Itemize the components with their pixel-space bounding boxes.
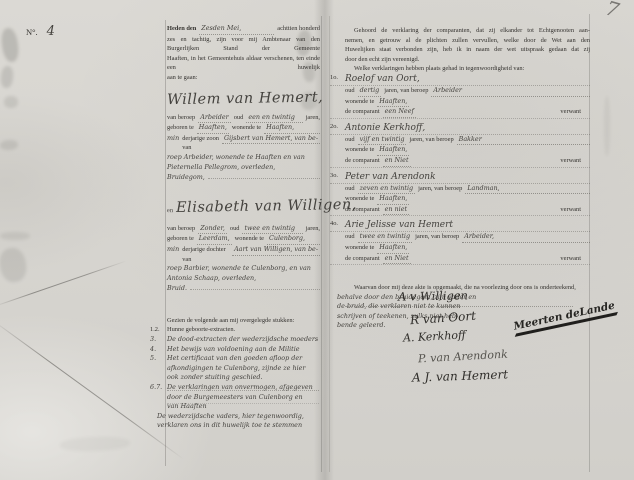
left-page: Heden den Zesden Mei, achttien honderd z… bbox=[150, 24, 320, 431]
witness-ordinal: 1o. bbox=[330, 74, 338, 81]
witness-relation-line: de comparant en niet verwant bbox=[330, 205, 590, 217]
opening-line-4: aan te gaan: bbox=[150, 73, 320, 83]
printed-label: verwant bbox=[560, 156, 590, 166]
handwritten-fill: twee en twintig bbox=[358, 232, 412, 243]
witness-residence-line: wonende te Haaften, bbox=[330, 194, 590, 205]
printed-label: jaren, van beroep bbox=[384, 86, 428, 96]
witness-residence-line: wonende te Haaften, bbox=[330, 97, 590, 108]
witness-ordinal: 3o. bbox=[330, 172, 338, 179]
act-number-value: 4 bbox=[47, 24, 55, 39]
handwritten-fill: een en twintig bbox=[246, 113, 302, 124]
document-item-5: 6.7. De verklaringen van onvermogen, afg… bbox=[150, 383, 320, 393]
witnesses-intro: Welke verklaringen hebben plaats gehad i… bbox=[330, 64, 590, 74]
bride-occupation-line: van beroep Zonder, oud twee en twintig j… bbox=[150, 224, 320, 235]
groom-parents-line-3: Pieternella Pellegrom, overleden, bbox=[150, 163, 320, 173]
marriage-act-scan: 7 N°.4 Heden den Zesden Mei, achttien ho… bbox=[0, 0, 634, 480]
consent-line-1: De wederzijdsche vaders, hier tegenwoord… bbox=[150, 412, 320, 422]
bleedthrough-smudge bbox=[0, 232, 30, 240]
document-item-4-cont: afkondigingen te Culenborg, zijnde ze hi… bbox=[150, 364, 320, 374]
document-item-4-cont: ook zonder stuiting geschied. bbox=[150, 373, 320, 383]
witness-name: Roelof van Oort, bbox=[330, 74, 590, 86]
bride-birth-line: geboren te Leerdam, wonende te Culenborg… bbox=[150, 234, 320, 245]
item-text: De dood-extracten der wederzijdsche moed… bbox=[167, 335, 318, 343]
witness-block-2: 2o. Antonie Kerkhoff, oud vijf en twinti… bbox=[330, 123, 590, 168]
right-page: Gehoord de verklaring der comparanten, d… bbox=[330, 26, 590, 331]
item-number: 5. bbox=[150, 354, 156, 364]
declaration-line-3: Huwelijken staat verbonden zijn, heb ik … bbox=[330, 45, 590, 55]
printed-label: de comparant bbox=[345, 254, 380, 264]
spacer bbox=[150, 294, 320, 316]
handwritten-date: Zesden Mei, bbox=[199, 24, 274, 35]
handwritten-fill: en Niet bbox=[383, 254, 411, 265]
handwritten-fill: twee en twintig bbox=[242, 224, 302, 235]
handwritten-fill: en Niet bbox=[383, 156, 411, 167]
bleedthrough-smudge bbox=[0, 27, 20, 63]
witness-age-line: oud vijf en twintig jaren, van beroep Ba… bbox=[330, 135, 590, 146]
handwritten-fill: Arbeider bbox=[198, 113, 231, 124]
item-number: 6.7. bbox=[150, 383, 162, 393]
printed-label: jaren, bbox=[306, 224, 320, 234]
consent-line-2: verklaren ons in dit huwelijk toe te ste… bbox=[150, 421, 320, 431]
printed-label: wonende te bbox=[345, 145, 374, 155]
printed-label: wonende te bbox=[345, 97, 374, 107]
printed-label: wonende te bbox=[345, 243, 374, 253]
bride-parents-line-1: min derjarige dochter van Aart van Willi… bbox=[150, 245, 320, 264]
printed-label: de comparant bbox=[345, 107, 380, 117]
printed-label: wonende te bbox=[235, 234, 264, 244]
dotted-rule bbox=[190, 283, 320, 290]
handwritten-fill: zeven en twintig bbox=[358, 184, 416, 195]
blank-form-rule bbox=[167, 390, 319, 391]
printed-label: de comparant bbox=[345, 205, 380, 215]
printed-label: achttien honderd bbox=[277, 24, 320, 34]
witness-ordinal: 4o. bbox=[330, 220, 338, 227]
witness-residence-line: wonende te Haaften, bbox=[330, 145, 590, 156]
handwritten-fill: Haaften, bbox=[377, 145, 409, 156]
declaration-line-2: nemen, en getrouw al de plichten zullen … bbox=[330, 36, 590, 46]
printed-label: oud bbox=[345, 184, 355, 194]
item-number: 1.2. bbox=[150, 325, 160, 335]
dotted-rule bbox=[208, 172, 320, 179]
handwritten-fill: min bbox=[167, 245, 179, 255]
edge-streak bbox=[604, 96, 610, 156]
handwritten-fill: Arbeider bbox=[431, 86, 590, 97]
item-text: Het bewijs van voldoening aan de Militie bbox=[167, 345, 300, 353]
document-item-4: 5. Het certificaat van den goeden afloop… bbox=[150, 354, 320, 364]
bride-role-line: Bruid. bbox=[150, 283, 320, 294]
printed-label: jaren, bbox=[306, 113, 320, 123]
groom-name: Willem van Hemert, bbox=[150, 88, 320, 109]
printed-label: de comparant bbox=[345, 156, 380, 166]
handwritten-fill: Haaften, bbox=[197, 123, 229, 134]
handwritten-fill: Haaften, bbox=[377, 97, 409, 108]
handwritten-fill: Haaften, bbox=[377, 243, 409, 254]
handwritten-fill: Aart van Willigen, van be- bbox=[232, 245, 320, 256]
bleedthrough-smudge bbox=[0, 246, 29, 284]
handwritten-fill: min bbox=[167, 134, 179, 144]
handwritten-fill: Culenborg, bbox=[267, 234, 320, 245]
handwritten-role: Bruid. bbox=[167, 284, 187, 294]
witness-age-line: oud dertig jaren, van beroep Arbeider bbox=[330, 86, 590, 97]
printed-label: van beroep bbox=[167, 113, 195, 123]
handwritten-fill: Arbeider, bbox=[462, 232, 590, 243]
handwritten-fill: Haaften, bbox=[377, 194, 409, 205]
act-number: N°.4 bbox=[26, 22, 55, 40]
witness-age-line: oud zeven en twintig jaren, van beroep L… bbox=[330, 184, 590, 195]
printed-label: derjarige dochter van bbox=[182, 245, 229, 264]
witness-residence-line: wonende te Haaften, bbox=[330, 243, 590, 254]
printed-label: oud bbox=[234, 113, 244, 123]
document-item-5-cont: door de Burgemeesters van Culenborg en bbox=[150, 393, 320, 403]
handwritten-fill: Landman, bbox=[465, 184, 590, 195]
documents-intro: Gezien de volgende aan mij overgelegde s… bbox=[150, 316, 320, 326]
act-number-label: N°. bbox=[26, 27, 38, 37]
witness-name: Arie Jelisse van Hemert bbox=[330, 220, 590, 232]
printed-label: verwant bbox=[560, 254, 590, 264]
witness-relation-line: de comparant en Niet verwant bbox=[330, 156, 590, 168]
printed-label: geboren te bbox=[167, 123, 194, 133]
document-item-3: 4. Het bewijs van voldoening aan de Mili… bbox=[150, 345, 320, 355]
item-text: Het certificaat van den goeden afloop de… bbox=[167, 354, 302, 362]
left-page-edge-rule bbox=[321, 16, 322, 472]
printed-label: verwant bbox=[560, 205, 590, 215]
bleedthrough-smudge bbox=[4, 96, 18, 108]
printed-label: jaren, van beroep bbox=[418, 184, 462, 194]
printed-label: jaren, van beroep bbox=[415, 232, 459, 242]
groom-parents-line-1: min derjarige zoon van Gijsbert van Heme… bbox=[150, 134, 320, 153]
witness-age-line: oud twee en twintig jaren, van beroep Ar… bbox=[330, 232, 590, 243]
document-item-1: 1.2. Hunne geboorte-extracten. bbox=[150, 325, 320, 335]
bleedthrough-smudge bbox=[0, 139, 18, 150]
witness-relation-line: de comparant een Neef verwant bbox=[330, 107, 590, 119]
witness-block-4: 4o. Arie Jelisse van Hemert oud twee en … bbox=[330, 220, 590, 265]
handwritten-fill: en niet bbox=[383, 205, 409, 216]
witness-ordinal: 2o. bbox=[330, 123, 338, 130]
printed-label: en bbox=[167, 207, 173, 214]
printed-label: derjarige zoon van bbox=[182, 134, 219, 153]
printed-label: oud bbox=[230, 224, 240, 234]
handwritten-fill: vijf en twintig bbox=[358, 135, 407, 146]
printed-label: verwant bbox=[560, 107, 590, 117]
printed-label: Heden den bbox=[167, 24, 196, 34]
printed-label: wonende te bbox=[345, 194, 374, 204]
printed-label: oud bbox=[345, 86, 355, 96]
signature-witness-4: A J. van Hemert bbox=[412, 367, 509, 384]
bottom-smudge bbox=[60, 436, 130, 452]
handwritten-fill: Zonder, bbox=[198, 224, 227, 235]
printed-label: geboren te bbox=[167, 234, 194, 244]
groom-occupation-line: van beroep Arbeider oud een en twintig j… bbox=[150, 113, 320, 124]
bleedthrough-smudge bbox=[0, 66, 14, 89]
pencil-page-mark: 7 bbox=[603, 0, 622, 22]
declaration-line-4: door den echt zijn vereenigd. bbox=[330, 55, 590, 65]
item-text: Hunne geboorte-extracten. bbox=[167, 326, 235, 333]
opening-line-2: zes en tachtig, zijn voor mij Ambtenaar … bbox=[150, 35, 320, 54]
witness-name: Antonie Kerkhoff, bbox=[330, 123, 590, 135]
witness-name: Peter van Arendonk bbox=[330, 172, 590, 184]
opening-line-1: Heden den Zesden Mei, achttien honderd bbox=[150, 24, 320, 35]
witness-block-1: 1o. Roelof van Oort, oud dertig jaren, v… bbox=[330, 74, 590, 119]
handwritten-fill: Bakker bbox=[457, 135, 590, 146]
printed-label: jaren, van beroep bbox=[409, 135, 453, 145]
item-number: 4. bbox=[150, 345, 156, 355]
groom-role-line: Bruidegom, bbox=[150, 172, 320, 183]
spacer bbox=[150, 183, 320, 191]
opening-line-3: Haaften, in het Gemeentehuis aldaar vers… bbox=[150, 54, 320, 73]
blank-form-rule bbox=[167, 403, 319, 404]
groom-birth-line: geboren te Haaften, wonende te Haaften, bbox=[150, 123, 320, 134]
declaration-line-1: Gehoord de verklaring der comparanten, d… bbox=[330, 26, 590, 36]
handwritten-fill: Leerdam, bbox=[197, 234, 232, 245]
signature-bride-father: A v Willigen bbox=[398, 288, 468, 303]
item-number: 3. bbox=[150, 335, 156, 345]
groom-parents-line-2: roep Arbeider, wonende te Haaften en van bbox=[150, 153, 320, 163]
bride-parents-line-2: roep Barbier, wonende te Culenborg, en v… bbox=[150, 264, 320, 274]
signature-rule bbox=[345, 306, 573, 307]
handwritten-fill: dertig bbox=[358, 86, 382, 97]
printed-label: wonende te bbox=[232, 123, 261, 133]
witness-block-3: 3o. Peter van Arendonk oud zeven en twin… bbox=[330, 172, 590, 217]
bride-parents-line-3: Antonia Schaap, overleden, bbox=[150, 274, 320, 284]
printed-label: oud bbox=[345, 232, 355, 242]
handwritten-fill: Gijsbert van Hemert, van be- bbox=[222, 134, 320, 145]
document-item-2: 3. De dood-extracten der wederzijdsche m… bbox=[150, 335, 320, 345]
handwritten-role: Bruidegom, bbox=[167, 173, 205, 183]
printed-label: oud bbox=[345, 135, 355, 145]
spacer bbox=[330, 269, 590, 283]
handwritten-fill: een Neef bbox=[383, 107, 416, 118]
signature-witness-3: P. van Arendonk bbox=[418, 348, 508, 366]
printed-label: van beroep bbox=[167, 224, 195, 234]
witness-relation-line: de comparant en Niet verwant bbox=[330, 254, 590, 266]
handwritten-fill: Haaften, bbox=[264, 123, 320, 134]
signature-witness-2: A. Kerkhoff bbox=[403, 328, 466, 344]
bride-name-line: enElisabeth van Willigen, bbox=[150, 196, 320, 220]
